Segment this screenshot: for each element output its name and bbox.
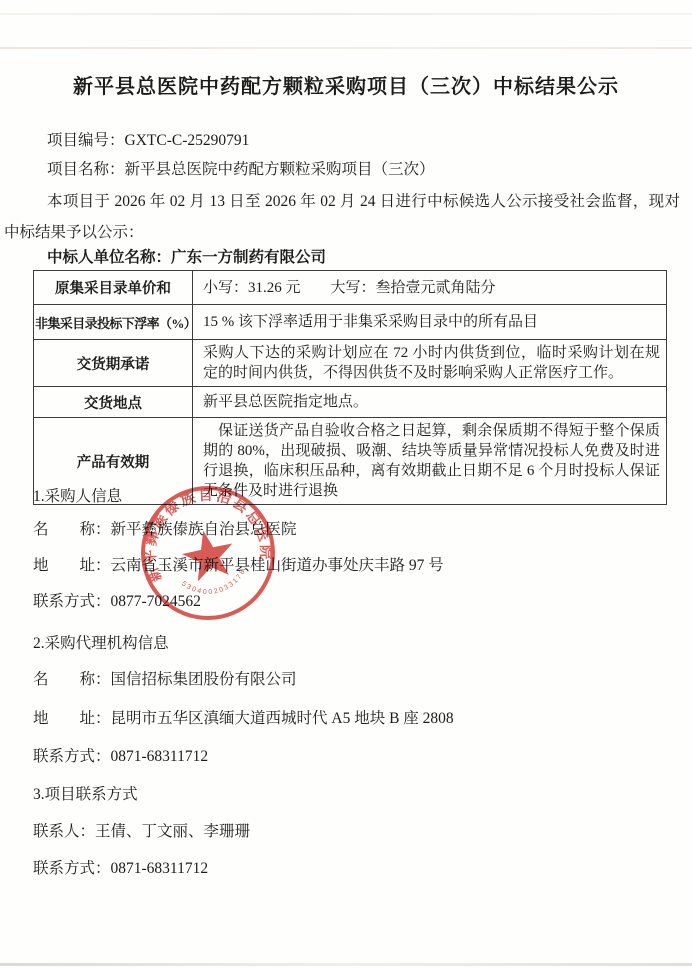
table-row: 交货期承诺 采购人下达的采购计划应在 72 小时内供货到位，临时采购计划在规定的… (34, 340, 667, 387)
announcement-paragraph: 本项目于 2026 年 02 月 13 日至 2026 年 02 月 24 日进… (4, 186, 680, 248)
scan-artifact-line (0, 963, 692, 966)
table-row: 产品有效期 保证送货产品自验收合格之日起算，剩余保质期不得短于整个保质期的 80… (34, 418, 667, 505)
project-number-value: GXTC-C-25290791 (125, 132, 250, 149)
document-title: 新平县总医院中药配方颗粒采购项目（三次）中标结果公示 (0, 70, 692, 99)
result-table: 原集采目录单价和 小写：31.26 元 大写：叁拾壹元贰角陆分 非集采目录投标下… (33, 270, 667, 505)
project-name-label: 项目名称： (47, 161, 125, 178)
table-row: 非集采目录投标下浮率（%） 15 % 该下浮率适用于非集采采购目录中的所有品目 (34, 305, 667, 340)
row-label-cell: 交货地点 (34, 387, 193, 418)
table-row: 原集采目录单价和 小写：31.26 元 大写：叁拾壹元贰角陆分 (34, 271, 667, 305)
row-value-cell: 新平县总医院指定地点。 (193, 387, 667, 418)
row-value-cell: 小写：31.26 元 大写：叁拾壹元贰角陆分 (193, 271, 667, 305)
project-contact-line: 联系方式：0871-68311712 (33, 858, 208, 880)
table-row: 交货地点 新平县总医院指定地点。 (34, 387, 667, 418)
scan-artifact-line (0, 47, 692, 49)
agency-address-line: 地 址：昆明市五华区滇缅大道西城时代 A5 地块 B 座 2808 (33, 708, 454, 730)
section-heading-purchaser: 1.采购人信息 (33, 486, 122, 508)
purchaser-contact-line: 联系方式：0877-7024562 (33, 591, 201, 613)
row-value-cell: 保证送货产品自验收合格之日起算，剩余保质期不得短于整个保质期的 80%，出现破损… (193, 418, 667, 505)
row-label-cell: 非集采目录投标下浮率（%） (34, 305, 193, 340)
winner-label: 中标人单位名称： (47, 249, 171, 266)
winner-value: 广东一方制药有限公司 (171, 249, 326, 266)
scan-artifact-line (0, 13, 692, 15)
winner-line: 中标人单位名称：广东一方制药有限公司 (47, 247, 326, 269)
project-number-line: 项目编号：GXTC-C-25290791 (47, 130, 249, 152)
row-value-cell: 15 % 该下浮率适用于非集采采购目录中的所有品目 (193, 305, 667, 340)
scanned-document-page: 新平县总医院中药配方颗粒采购项目（三次）中标结果公示 项目编号：GXTC-C-2… (0, 0, 692, 968)
agency-name-line: 名 称：国信招标集团股份有限公司 (33, 669, 297, 691)
purchaser-name-line: 名 称：新平彝族傣族自治县总医院 (33, 519, 297, 541)
agency-contact-line: 联系方式：0871-68311712 (33, 746, 208, 768)
section-heading-project-contact: 3.项目联系方式 (33, 784, 138, 806)
purchaser-address-line: 地 址：云南省玉溪市新平县桂山街道办事处庆丰路 97 号 (33, 555, 444, 577)
project-name-value: 新平县总医院中药配方颗粒采购项目（三次） (125, 161, 435, 178)
row-label-cell: 原集采目录单价和 (34, 271, 193, 305)
row-value-cell: 采购人下达的采购计划应在 72 小时内供货到位，临时采购计划在规定的时间内供货，… (193, 340, 667, 387)
project-name-line: 项目名称：新平县总医院中药配方颗粒采购项目（三次） (47, 159, 435, 181)
contact-persons-line: 联系人：王倩、丁文丽、李珊珊 (33, 821, 250, 843)
row-label-cell: 交货期承诺 (34, 340, 193, 387)
section-heading-agency: 2.采购代理机构信息 (33, 633, 169, 655)
project-number-label: 项目编号： (47, 132, 125, 149)
